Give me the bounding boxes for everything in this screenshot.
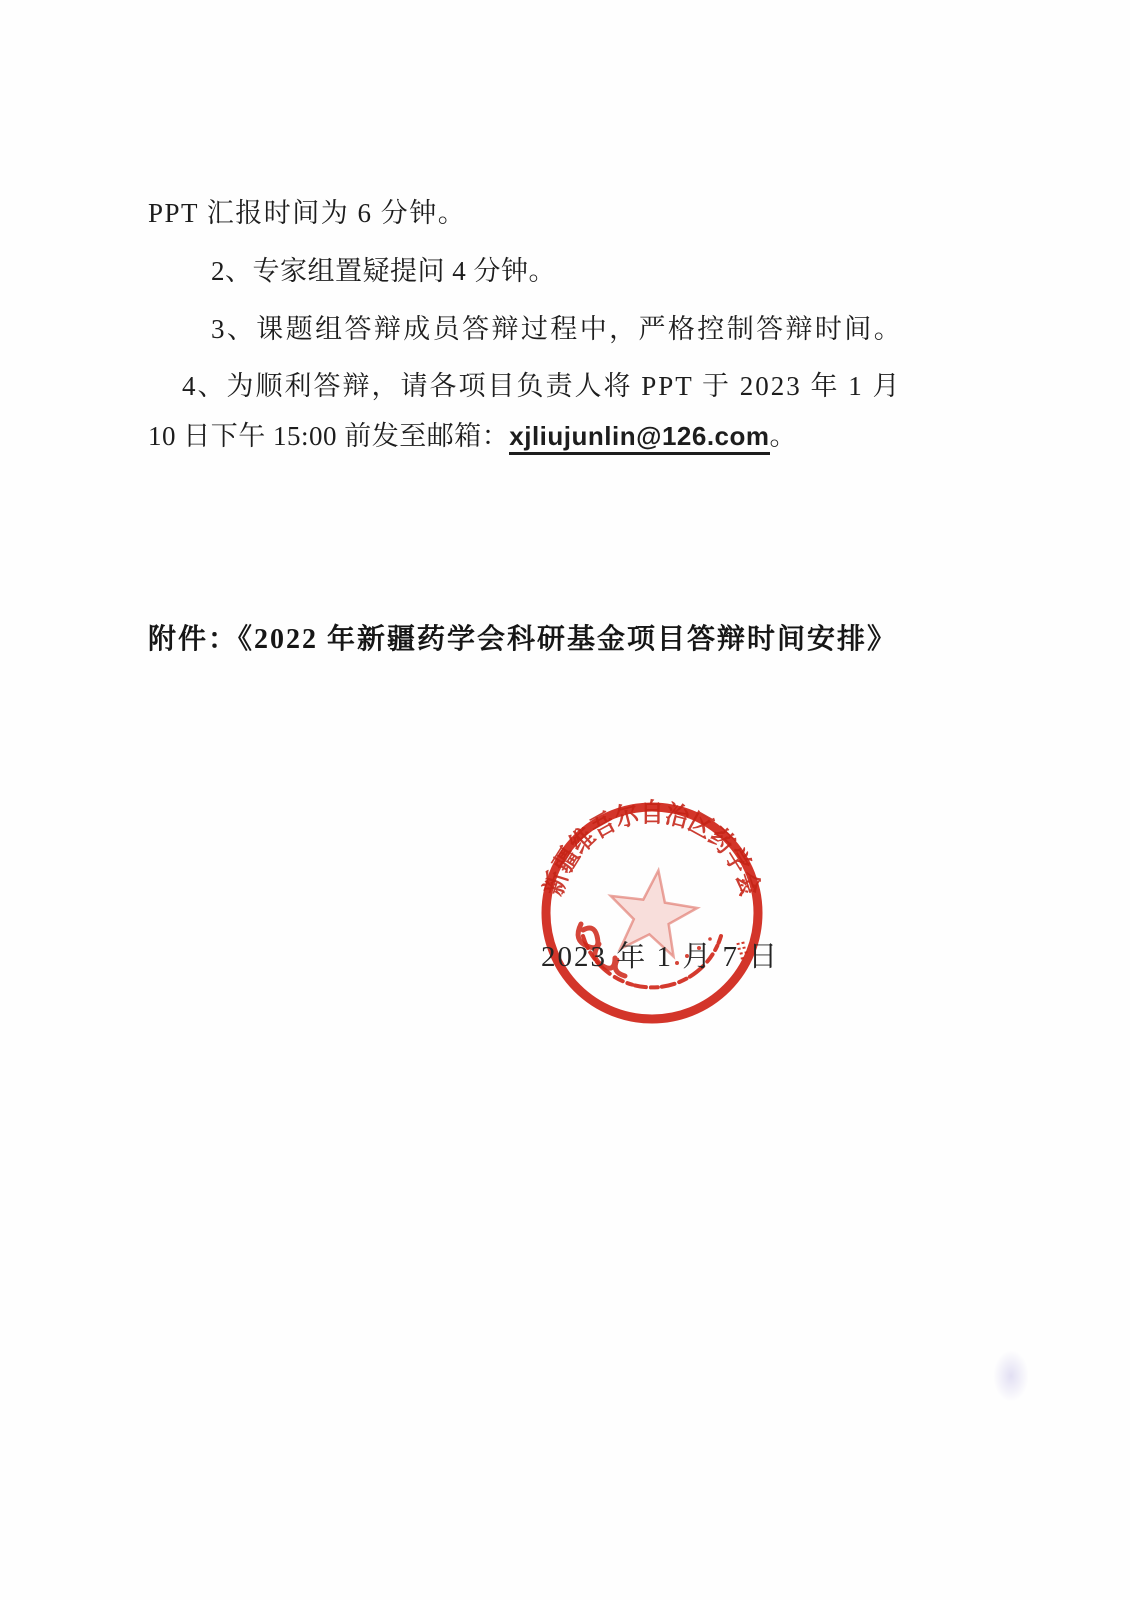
attachment-line: 附件：《2022 年新疆药学会科研基金项目答辩时间安排》 [148,617,897,657]
email-address: xjliujunlin@126.com [509,421,769,455]
scanned-document-page: PPT 汇报时间为 6 分钟。 2、专家组置疑提问 4 分钟。 3、课题组答辩成… [0,0,1130,1600]
official-seal-stamp: 新疆维吾尔自治区药学会 [537,798,767,1028]
email-line-prefix: 10 日下午 15:00 前发至邮箱： [148,421,509,451]
date-line: 2023 年 1 月 7 日 [541,934,779,975]
email-line-suffix: 。 [770,421,798,451]
body-line-1: PPT 汇报时间为 6 分钟。 [148,195,466,231]
body-line-3: 3、课题组答辩成员答辩过程中，严格控制答辩时间。 [211,311,903,347]
body-line-5: 10 日下午 15:00 前发至邮箱：xjliujunlin@126.com。 [148,418,797,454]
body-line-4: 4、为顺利答辩，请各项目负责人将 PPT 于 2023 年 1 月 [182,368,902,404]
body-line-2: 2、专家组置疑提问 4 分钟。 [211,253,556,289]
scan-artifact-smudge [993,1350,1029,1402]
